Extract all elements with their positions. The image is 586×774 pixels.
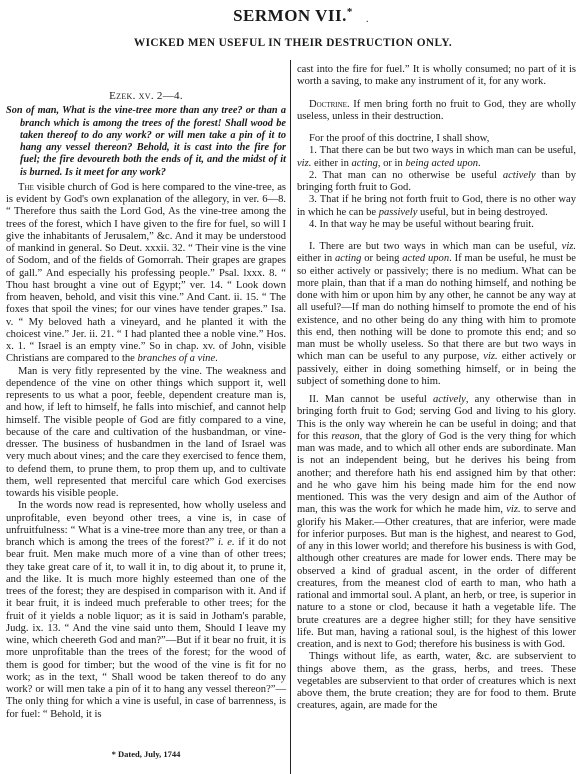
paragraph-2: Man is very fitly represented by the vin… <box>6 366 286 501</box>
italic-acted: being acted upon <box>405 158 478 169</box>
italic-acting: acting <box>335 253 361 264</box>
section-text: I. There are but two ways in which man c… <box>309 241 562 252</box>
right-column: cast into the fire for fuel.” It is whol… <box>297 64 576 713</box>
section-text: or being <box>361 253 402 264</box>
punctuation: . <box>478 158 481 169</box>
footnote: * Dated, July, 1744 <box>6 749 286 759</box>
point-text: either in <box>311 158 351 169</box>
paragraph-3: In the words now read is represented, ho… <box>6 500 286 721</box>
paragraph-text: visible church of God is here compared t… <box>6 182 286 365</box>
section-text: , that the glory of God is the very thin… <box>297 431 576 516</box>
point-text: 1. That there can be but two ways in whi… <box>309 145 576 156</box>
italic-actively: actively <box>433 394 466 405</box>
italic-viz: viz. <box>297 158 311 169</box>
left-column: Ezek. xv. 2—4. Son of man, What is the v… <box>6 72 286 721</box>
italic-viz: viz. <box>562 241 576 252</box>
sermon-title: SERMON VII.* <box>0 6 586 26</box>
italic-phrase: branches of a vine <box>138 353 216 364</box>
doctrine-label: Doctrine. <box>309 99 350 110</box>
title-text: SERMON VII. <box>233 6 347 25</box>
continued-text: cast into the fire for fuel.” It is whol… <box>297 64 576 89</box>
italic-passively: passively <box>379 207 418 218</box>
point-1: 1. That there can be but two ways in whi… <box>297 145 576 170</box>
point-4: 4. In that way he may be useful without … <box>297 219 576 231</box>
section-text: either in <box>297 253 335 264</box>
doctrine: Doctrine. If men bring forth no fruit to… <box>297 99 576 124</box>
section-1: I. There are but two ways in which man c… <box>297 241 576 388</box>
point-2: 2. That man can no otherwise be useful a… <box>297 170 576 195</box>
italic-acting: acting <box>351 158 377 169</box>
italic-viz: viz. <box>506 504 520 515</box>
italic-actively: actively <box>503 170 536 181</box>
point-3: 3. That if he bring not forth fruit to G… <box>297 194 576 219</box>
lead-word: The <box>18 182 34 193</box>
proof-intro: For the proof of this doctrine, I shall … <box>297 133 576 145</box>
punctuation: . <box>215 353 218 364</box>
sermon-subtitle: WICKED MEN USEFUL IN THEIR DESTRUCTION O… <box>0 37 586 49</box>
point-text: 2. That man can no otherwise be useful <box>309 170 503 181</box>
point-text: , or in <box>378 158 406 169</box>
section-text: to serve and glorify his Maker.—Other cr… <box>297 504 576 650</box>
section-text: . If man be useful, he must be so either… <box>297 253 576 362</box>
point-text: useful, but in being destroyed. <box>417 207 547 218</box>
italic-viz: viz. <box>483 351 497 362</box>
print-speck: . <box>366 14 369 25</box>
italic-acted: acted upon <box>402 253 449 264</box>
scripture-reference: Ezek. xv. 2—4. <box>6 90 286 102</box>
section-2-paragraph-2: Things without life, as earth, water, &c… <box>297 651 576 712</box>
paragraph-text: if it do not bear fruit. Men make much m… <box>6 537 286 720</box>
paragraph-1: The visible church of God is here compar… <box>6 182 286 366</box>
reference-text: Ezek. xv. 2—4. <box>109 90 183 102</box>
italic-abbrev: i. e. <box>218 537 235 548</box>
section-text: II. Man cannot be useful <box>309 394 433 405</box>
scripture-text: Son of man, What is the vine-tree more t… <box>6 105 286 179</box>
footnote-marker: * <box>347 6 353 18</box>
column-divider <box>290 60 291 774</box>
italic-reason: reason <box>331 431 359 442</box>
section-2: II. Man cannot be useful actively, any o… <box>297 394 576 651</box>
